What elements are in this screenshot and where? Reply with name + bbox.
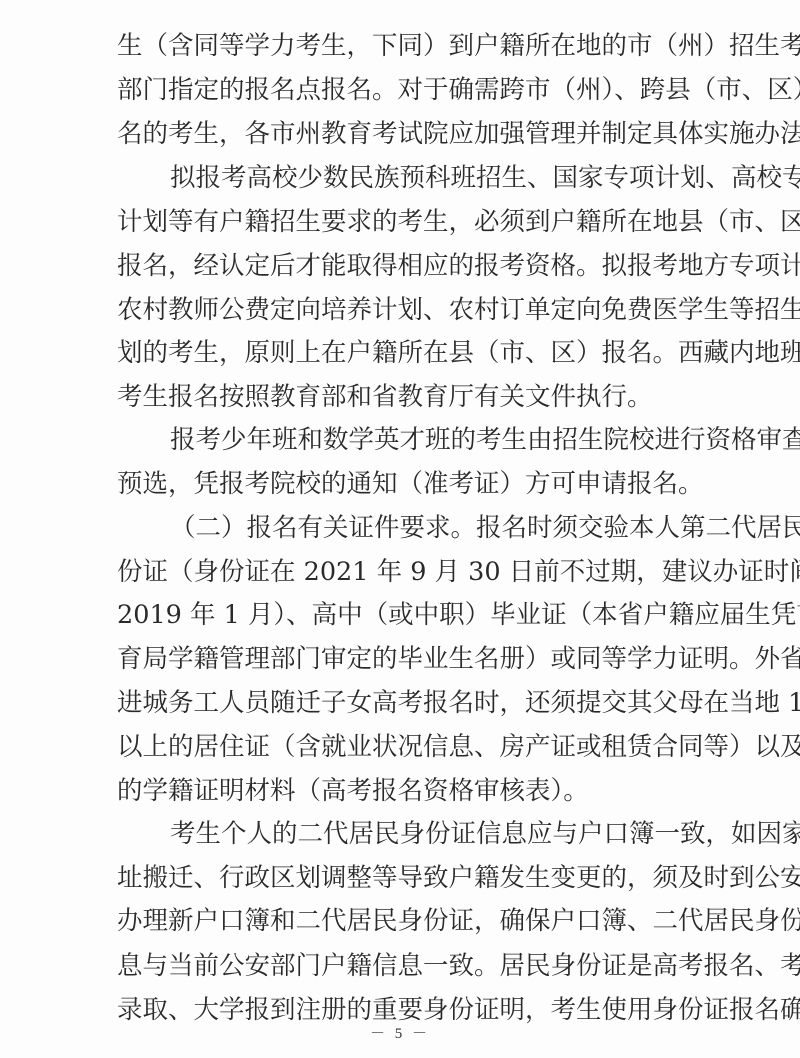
text-line: 2019 年 1 月）、高中（或中职）毕业证（本省户籍应届生凭市州教 [117,595,703,635]
text-line: 以上的居住证（含就业状况信息、房产证或租赁合同等）以及本人 [117,727,703,767]
text-line: 农村教师公费定向培养计划、农村订单定向免费医学生等招生计 [117,290,703,330]
text-line: 息与当前公安部门户籍信息一致。居民身份证是高考报名、考试、 [117,946,703,986]
text-line: 部门指定的报名点报名。对于确需跨市（州）、跨县（市、区）报 [117,70,703,110]
text-line: 的学籍证明材料（高考报名资格审核表）。 [117,771,703,811]
text-line: 址搬迁、行政区划调整等导致户籍发生变更的，须及时到公安部门 [117,858,703,898]
text-line: 报名，经认定后才能取得相应的报考资格。拟报考地方专项计划、 [117,246,703,286]
text-line: 生（含同等学力考生，下同）到户籍所在地的市（州）招生考试 [117,26,703,66]
page-number: － 5 － [0,1022,800,1043]
text-line: 考生个人的二代居民身份证信息应与户口簿一致，如因家庭住 [170,814,703,854]
text-line: 办理新户口簿和二代居民身份证，确保户口簿、二代居民身份证信 [117,901,703,941]
text-line: 进城务工人员随迁子女高考报名时，还须提交其父母在当地 1 年期 [117,683,703,723]
text-line: （二）报名有关证件要求。报名时须交验本人第二代居民身 [170,508,703,548]
text-line: 考生报名按照教育部和省教育厅有关文件执行。 [117,377,703,417]
text-line: 份证（身份证在 2021 年 9 月 30 日前不过期，建议办证时间不早于 [117,552,703,592]
document-page: 生（含同等学力考生，下同）到户籍所在地的市（州）招生考试 部门指定的报名点报名。… [0,0,800,1058]
text-line: 计划等有户籍招生要求的考生，必须到户籍所在地县（市、区） [117,202,703,242]
text-line: 育局学籍管理部门审定的毕业生名册）或同等学力证明。外省户籍 [117,639,703,679]
text-line: 预选，凭报考院校的通知（准考证）方可申请报名。 [117,464,703,504]
text-line: 名的考生，各市州教育考试院应加强管理并制定具体实施办法。 [117,114,703,154]
text-line: 拟报考高校少数民族预科班招生、国家专项计划、高校专项 [170,158,703,198]
text-line: 划的考生，原则上在户籍所在县（市、区）报名。西藏内地班的 [117,333,703,373]
text-line: 报考少年班和数学英才班的考生由招生院校进行资格审查及 [170,420,703,460]
